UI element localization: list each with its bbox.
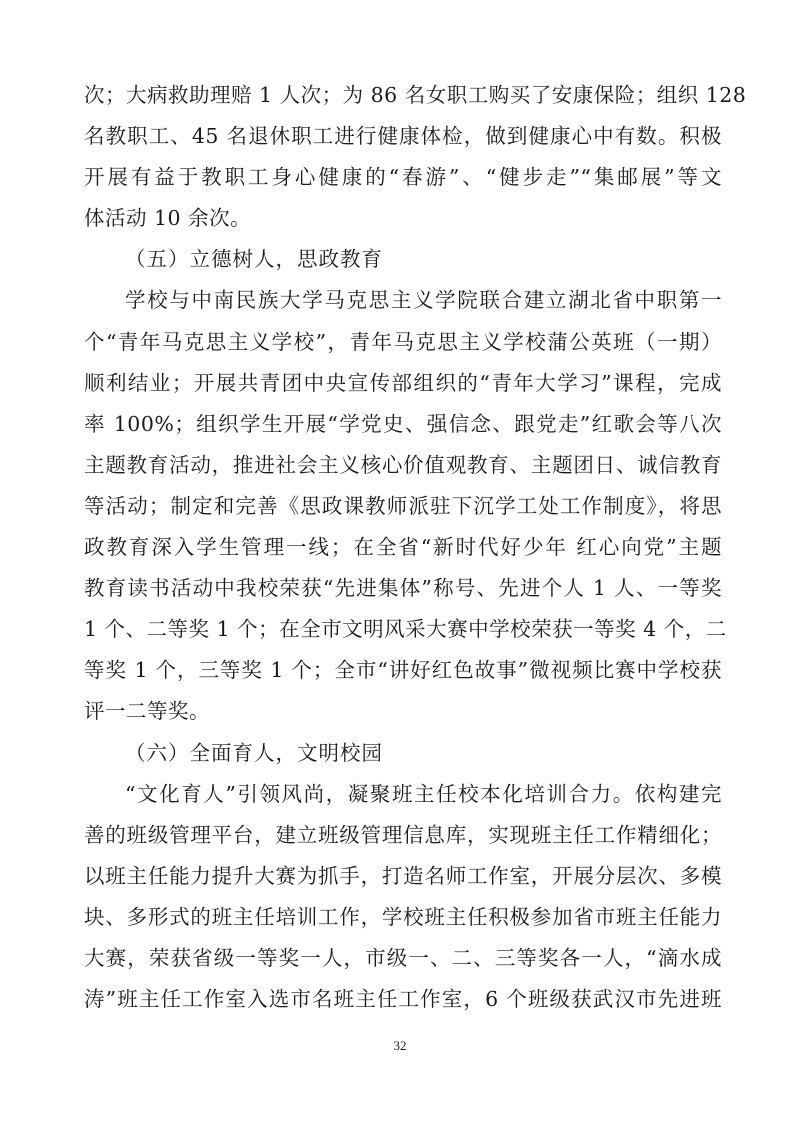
section-heading-6: （六）全面育人，文明校园 <box>84 733 722 774</box>
document-page: 次；大病救助理赔 1 人次；为 86 名女职工购买了安康保险；组织 128 名教… <box>0 0 800 1131</box>
page-number: 32 <box>0 1038 800 1054</box>
text-line: 政教育深入学生管理一线；在全省“新时代好少年 红心向党”主题 <box>84 527 722 568</box>
section-heading-5: （五）立德树人，思政教育 <box>84 239 722 280</box>
text-line: 等奖 1 个，三等奖 1 个；全市“讲好红色故事”微视频比赛中学校获 <box>84 650 722 691</box>
text-line: 块、多形式的班主任培训工作，学校班主任积极参加省市班主任能力 <box>84 897 722 938</box>
page-body: 次；大病救助理赔 1 人次；为 86 名女职工购买了安康保险；组织 128 名教… <box>84 75 722 1020</box>
text-line: 大赛，荣获省级一等奖一人，市级一、二、三等奖各一人，“滴水成 <box>84 938 722 979</box>
text-line: 名教职工、45 名退休职工进行健康体检，做到健康心中有数。积极 <box>84 116 722 157</box>
text-line: 善的班级管理平台，建立班级管理信息库，实现班主任工作精细化； <box>84 815 722 856</box>
text-line: 以班主任能力提升大赛为抓手，打造名师工作室，开展分层次、多模 <box>84 856 722 897</box>
text-line: 等活动；制定和完善《思政课教师派驻下沉学工处工作制度》，将思 <box>84 486 722 527</box>
text-line: 次；大病救助理赔 1 人次；为 86 名女职工购买了安康保险；组织 128 <box>84 75 722 116</box>
text-line: “文化育人”引领风尚，凝聚班主任校本化培训合力。依构建完 <box>84 774 722 815</box>
text-line: 主题教育活动，推进社会主义核心价值观教育、主题团日、诚信教育 <box>84 445 722 486</box>
text-line: 学校与中南民族大学马克思主义学院联合建立湖北省中职第一 <box>84 280 722 321</box>
text-line: 涛”班主任工作室入选市名班主任工作室，6 个班级获武汉市先进班 <box>84 979 722 1020</box>
text-line: 1 个、二等奖 1 个；在全市文明风采大赛中学校荣获一等奖 4 个，二 <box>84 609 722 650</box>
text-line: 体活动 10 余次。 <box>84 198 722 239</box>
text-line: 率 100%；组织学生开展“学党史、强信念、跟党走”红歌会等八次 <box>84 404 722 445</box>
text-line: 教育读书活动中我校荣获“先进集体”称号、先进个人 1 人、一等奖 <box>84 568 722 609</box>
text-line: 个“青年马克思主义学校”，青年马克思主义学校蒲公英班（一期） <box>84 322 722 363</box>
text-line: 顺利结业；开展共青团中央宣传部组织的“青年大学习”课程，完成 <box>84 363 722 404</box>
text-line: 开展有益于教职工身心健康的“春游”、“健步走”“集邮展”等文 <box>84 157 722 198</box>
text-line: 评一二等奖。 <box>84 691 722 732</box>
